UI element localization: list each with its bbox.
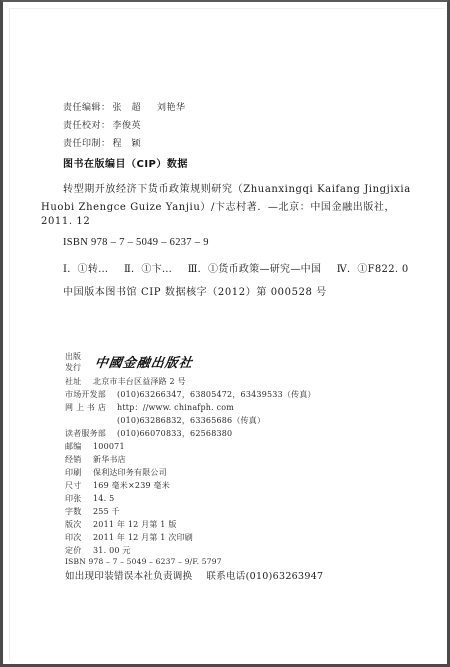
cip-isbn: ISBN 978 – 7 – 5049 – 6237 – 9 [63,237,209,248]
pub-row-marketing: 市场开发部(010)63266347，63805472，63439533（传真） [65,389,316,400]
pub-key: 市场开发部 [65,389,117,400]
footer-notice-line: 如出现印装错误本社负责调换联系电话(010)63263947 [65,568,323,582]
pub-row-distributor: 经销新华书店 [65,454,126,465]
classification-4: Ⅳ．①F822. 0 [337,264,409,275]
pub-key: 印刷 [65,467,93,478]
pub-key: 印张 [65,493,93,504]
cip-entry-line-2: Huobi Zhengce Guize Yanjiu）/卞志村著．—北京：中国金… [41,198,395,213]
proofreader-label: 责任校对： [63,118,111,131]
pub-row-postcode: 邮编100071 [65,441,125,452]
pub-key: 网 上 书 店 [65,402,117,413]
responsible-editor-name-2: 刘艳华 [157,100,186,113]
pub-row-sheets: 印张14. 5 [65,493,114,504]
pub-key: 字数 [65,506,93,517]
printing-supervisor-line: 责任印制：程 颖 [63,136,141,149]
pub-row-word-count: 字数255 千 [65,506,120,517]
pub-row-edition: 版次2011 年 12 月第 1 版 [65,519,177,530]
pub-isbn-full: ISBN 978 – 7 – 5049 – 6237 – 9/F. 5797 [65,557,222,566]
footer-notice: 如出现印装错误本社负责调换 [65,571,192,582]
pub-value: 169 毫米×239 毫米 [93,480,170,491]
responsible-editor-label: 责任编辑： [63,100,111,113]
pub-value: 保利达印务有限公司 [93,467,167,478]
pub-key: 读者服务部 [65,428,117,439]
pub-value: 2011 年 12 月第 1 次印刷 [93,532,193,543]
pub-value: 新华书店 [93,454,126,465]
footer-contact: 联系电话(010)63263947 [206,571,323,582]
distribute-label: 发行 [65,362,81,373]
printing-supervisor-label: 责任印制： [63,136,111,149]
page-edge-line-top [9,8,444,9]
pub-row-online-store: 网 上 书 店http：//www. chinafph. com [65,402,234,413]
pub-value: 2011 年 12 月第 1 版 [93,519,177,530]
pub-value: (010)63266347，63805472，63439533（传真） [117,389,316,400]
pub-value: 北京市丰台区益泽路 2 号 [93,376,186,387]
pub-row-reader-service: 读者服务部(010)66070833，62568380 [65,428,232,439]
classification-2: Ⅱ．①卞… [124,264,172,275]
pub-value: 31. 00 元 [93,545,131,556]
publish-label: 出版 [65,351,81,362]
pub-key: 邮编 [65,441,93,452]
responsible-editor-line: 责任编辑：张 超刘艳华 [63,100,186,113]
pub-row-address: 社址北京市丰台区益泽路 2 号 [65,376,186,387]
classification-3: Ⅲ．①货币政策—研究—中国 [188,264,322,275]
publisher-label-stack: 出版 发行 [65,351,81,373]
pub-key: 经销 [65,454,93,465]
pub-row-printer: 印刷保利达印务有限公司 [65,467,167,478]
pub-value: 255 千 [93,506,120,517]
pub-value-url: http：//www. chinafph. com [117,402,234,413]
pub-key: 社址 [65,376,93,387]
pub-key: 印次 [65,532,93,543]
cip-title: 图书在版编目（CIP）数据 [63,155,188,170]
proofreader-line: 责任校对：李俊英 [63,118,141,131]
cip-library-record: 中国版本图书馆 CIP 数据核字（2012）第 000528 号 [63,283,327,298]
pub-value: (010)66070833，62568380 [117,428,232,439]
pub-key: 定价 [65,545,93,556]
pub-row-online-phone: (010)63286832，63365686（传真） [65,415,265,426]
printing-supervisor-name: 程 颖 [113,136,142,149]
publisher-logo: 中國金融出版社 [94,352,195,371]
pub-row-price: 定价31. 00 元 [65,545,131,556]
cip-entry-line-3: 2011. 12 [41,216,90,227]
pub-value: (010)63286832，63365686（传真） [117,415,265,426]
classification-1: Ⅰ．①转… [63,264,108,275]
pub-value: 100071 [93,442,125,451]
page-frame: 责任编辑：张 超刘艳华 责任校对：李俊英 责任印制：程 颖 图书在版编目（CIP… [0,0,450,667]
cip-classification: Ⅰ．①转… Ⅱ．①卞… Ⅲ．①货币政策—研究—中国 Ⅳ．①F822. 0 [63,260,421,275]
proofreader-name: 李俊英 [113,118,142,131]
pub-row-size: 尺寸169 毫米×239 毫米 [65,480,170,491]
page-edge-line [9,8,10,661]
pub-row-printing: 印次2011 年 12 月第 1 次印刷 [65,532,193,543]
pub-key: 尺寸 [65,480,93,491]
pub-value: 14. 5 [93,494,114,503]
responsible-editor-name-1: 张 超 [113,100,142,113]
pub-key: 版次 [65,519,93,530]
cip-entry-line-1: 转型期开放经济下货币政策规则研究（Zhuanxingqi Kaifang Jin… [63,180,411,195]
